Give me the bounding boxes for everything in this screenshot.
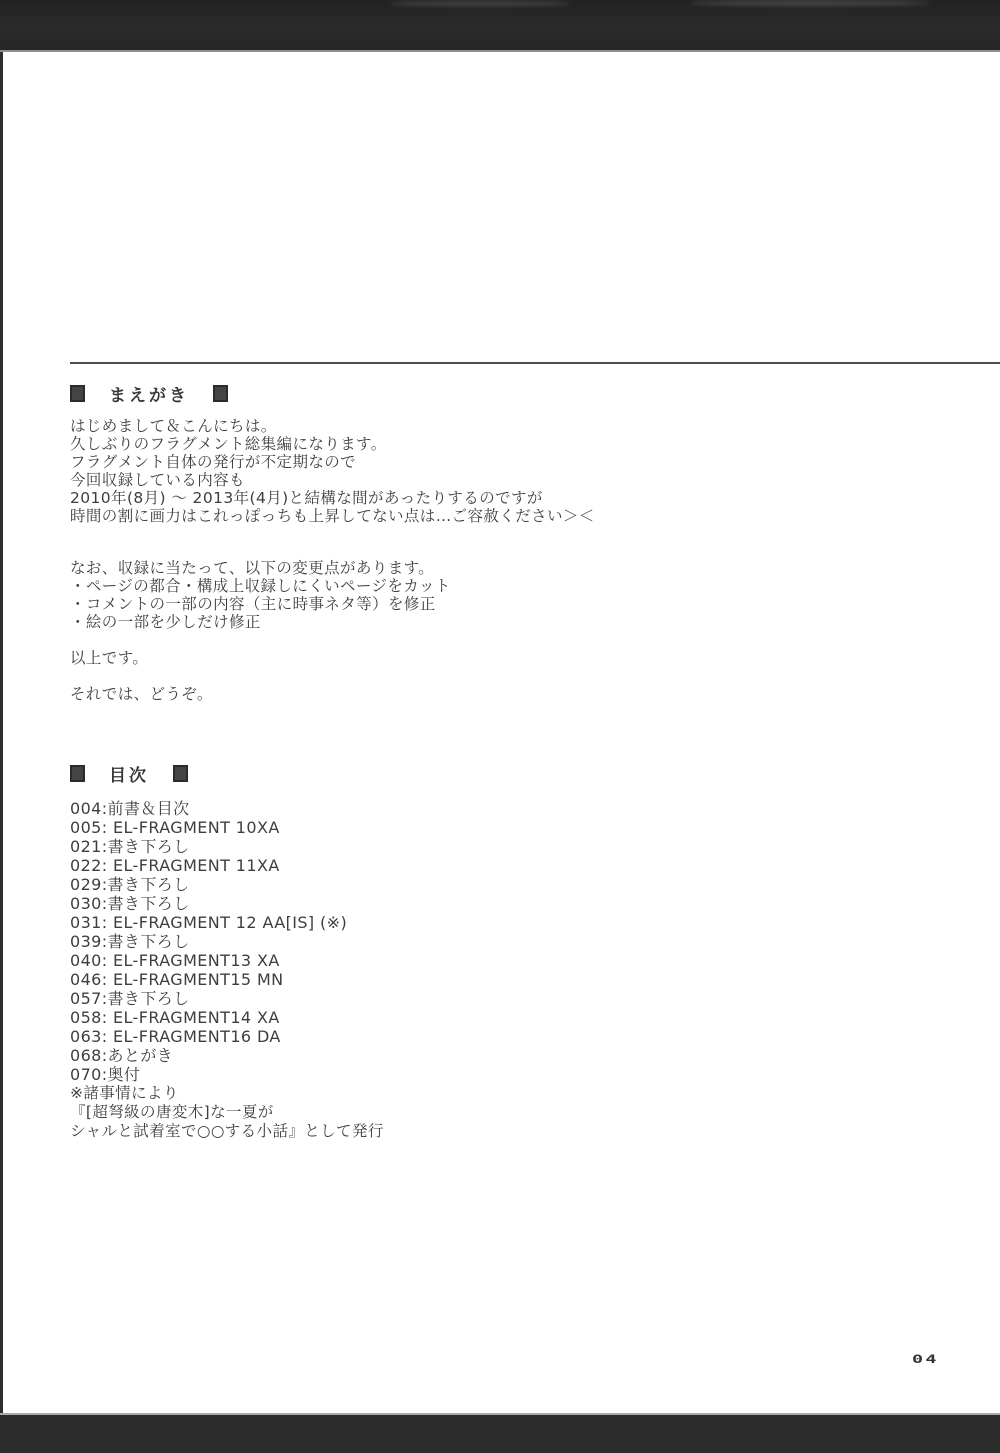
scanned-page: まえがき はじめまして＆こんにちは。久しぶりのフラグメント総集編になります。フラ… bbox=[0, 0, 1000, 1453]
toc-entry: 057:書き下ろし bbox=[70, 989, 347, 1008]
preface-closing-1: 以上です。 bbox=[70, 649, 148, 667]
toc-entry: 046: EL-FRAGMENT15 MN bbox=[70, 970, 347, 989]
toc-entry: 005: EL-FRAGMENT 10XA bbox=[70, 818, 347, 837]
square-bullet-icon bbox=[70, 765, 85, 782]
toc-heading: 目次 bbox=[70, 761, 188, 786]
toc-entry: 031: EL-FRAGMENT 12 AA[IS] (※) bbox=[70, 913, 347, 932]
toc-entry: 004:前書＆目次 bbox=[70, 799, 347, 818]
scan-artifact bbox=[390, 1, 570, 6]
preface-changes-line: なお、収録に当たって、以下の変更点があります。 bbox=[70, 559, 451, 577]
preface-changes: なお、収録に当たって、以下の変更点があります。・ページの都合・構成上収録しにくい… bbox=[70, 559, 451, 631]
page-left-edge bbox=[0, 0, 3, 1453]
toc-note-line: シャルと試着室で○○する小話』として発行 bbox=[70, 1122, 384, 1141]
bottom-scan-bar bbox=[0, 1413, 1000, 1453]
preface-intro-line: フラグメント自体の発行が不定期なので bbox=[70, 453, 595, 471]
square-bullet-icon bbox=[173, 765, 188, 782]
page-number: 04 bbox=[912, 1352, 939, 1366]
preface-heading: まえがき bbox=[70, 381, 228, 406]
preface-intro: はじめまして＆こんにちは。久しぶりのフラグメント総集編になります。フラグメント自… bbox=[70, 417, 595, 525]
toc-heading-label: 目次 bbox=[109, 761, 149, 786]
top-scan-bar bbox=[0, 0, 1000, 52]
preface-intro-line: 久しぶりのフラグメント総集編になります。 bbox=[70, 435, 595, 453]
toc-note-line: ※諸事情により bbox=[70, 1084, 384, 1103]
preface-changes-line: ・ページの都合・構成上収録しにくいページをカット bbox=[70, 577, 451, 595]
toc-entry: 040: EL-FRAGMENT13 XA bbox=[70, 951, 347, 970]
toc-entry: 068:あとがき bbox=[70, 1046, 347, 1065]
toc-entry: 022: EL-FRAGMENT 11XA bbox=[70, 856, 347, 875]
preface-intro-line: 2010年(8月) ～ 2013年(4月)と結構な間があったりするのですが bbox=[70, 489, 595, 507]
toc-entry: 029:書き下ろし bbox=[70, 875, 347, 894]
toc-list: 004:前書＆目次005: EL-FRAGMENT 10XA021:書き下ろし0… bbox=[70, 799, 347, 1084]
toc-entry: 063: EL-FRAGMENT16 DA bbox=[70, 1027, 347, 1046]
square-bullet-icon bbox=[70, 385, 85, 402]
square-bullet-icon bbox=[213, 385, 228, 402]
preface-intro-line: 今回収録している内容も bbox=[70, 471, 595, 489]
toc-entry: 030:書き下ろし bbox=[70, 894, 347, 913]
section-divider bbox=[70, 362, 1000, 364]
preface-changes-line: ・コメントの一部の内容（主に時事ネタ等）を修正 bbox=[70, 595, 451, 613]
preface-intro-line: 時間の割に画力はこれっぽっちも上昇してない点は…ご容赦ください＞＜ bbox=[70, 507, 595, 525]
toc-entry: 021:書き下ろし bbox=[70, 837, 347, 856]
toc-entry: 058: EL-FRAGMENT14 XA bbox=[70, 1008, 347, 1027]
toc-note: ※諸事情により『[超弩級の唐変木]な一夏がシャルと試着室で○○する小話』として発… bbox=[70, 1084, 384, 1141]
toc-note-line: 『[超弩級の唐変木]な一夏が bbox=[70, 1103, 384, 1122]
preface-closing-2: それでは、どうぞ。 bbox=[70, 685, 213, 703]
toc-entry: 039:書き下ろし bbox=[70, 932, 347, 951]
preface-changes-line: ・絵の一部を少しだけ修正 bbox=[70, 613, 451, 631]
preface-intro-line: はじめまして＆こんにちは。 bbox=[70, 417, 595, 435]
preface-heading-label: まえがき bbox=[109, 381, 189, 406]
toc-entry: 070:奥付 bbox=[70, 1065, 347, 1084]
scan-artifact bbox=[690, 0, 930, 6]
